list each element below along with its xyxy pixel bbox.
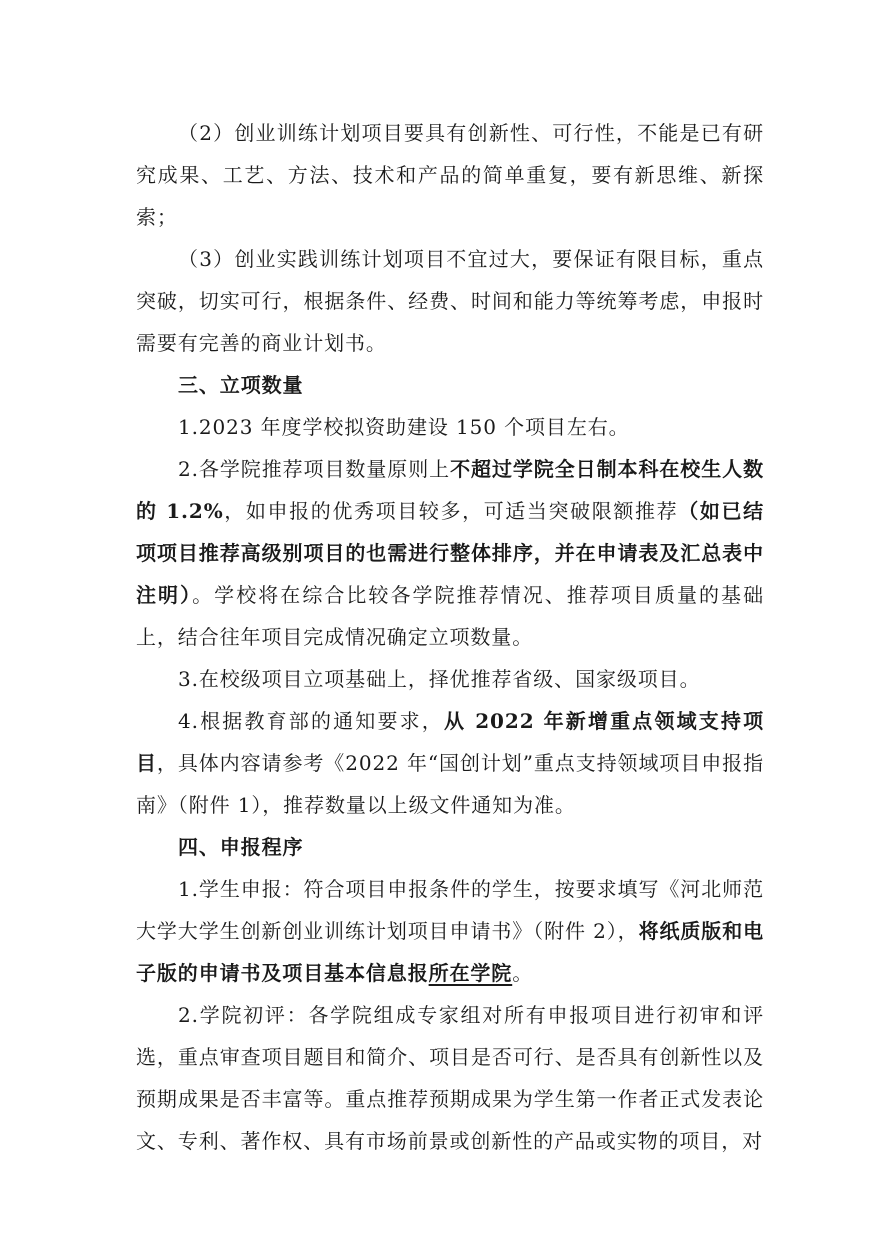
section-heading-project-quantity: 三、立项数量 xyxy=(136,364,764,406)
paragraph-text: 2.各学院推荐项目数量原则上 xyxy=(178,457,450,481)
paragraph-text: 4.根据教育部的通知要求， xyxy=(178,709,444,733)
paragraph-text: ，具体内容请参考《2022 年“国创计划”重点支持领域项目申报指南》（附件 1）… xyxy=(136,751,764,817)
paragraph-quantity-1: 1.2023 年度学校拟资助建设 150 个项目左右。 xyxy=(136,406,764,448)
paragraph-text: 。 xyxy=(512,961,533,985)
paragraph-text: 1.2023 年度学校拟资助建设 150 个项目左右。 xyxy=(178,415,630,439)
paragraph-quantity-2: 2.各学院推荐项目数量原则上不超过学院全日制本科在校生人数的 1.2%，如申报的… xyxy=(136,448,764,658)
paragraph-text: ，如申报的优秀项目较多，可适当突破限额推荐 xyxy=(224,499,679,523)
paragraph-text: （3）创业实践训练计划项目不宜过大，要保证有限目标，重点突破，切实可行，根据条件… xyxy=(136,247,764,355)
document-page: （2）创业训练计划项目要具有创新性、可行性，不能是已有研究成果、工艺、方法、技术… xyxy=(136,112,764,1162)
paragraph-text: 3.在校级项目立项基础上，择优推荐省级、国家级项目。 xyxy=(178,667,700,691)
paragraph-quantity-4: 4.根据教育部的通知要求，从 2022 年新增重点领域支持项目，具体内容请参考《… xyxy=(136,700,764,826)
paragraph-text: 。学校将在综合比较各学院推荐情况、推荐项目质量的基础上，结合往年项目完成情况确定… xyxy=(136,583,764,649)
paragraph-innovation-requirement: （2）创业训练计划项目要具有创新性、可行性，不能是已有研究成果、工艺、方法、技术… xyxy=(136,112,764,238)
underlined-emphasis-text: 所在学院 xyxy=(429,961,513,985)
paragraph-text: （2）创业训练计划项目要具有创新性、可行性，不能是已有研究成果、工艺、方法、技术… xyxy=(136,121,764,229)
paragraph-quantity-3: 3.在校级项目立项基础上，择优推荐省级、国家级项目。 xyxy=(136,658,764,700)
section-heading-application-procedure: 四、申报程序 xyxy=(136,826,764,868)
paragraph-procedure-1: 1.学生申报：符合项目申报条件的学生，按要求填写《河北师范大学大学生创新创业训练… xyxy=(136,868,764,994)
paragraph-procedure-2: 2.学院初评：各学院组成专家组对所有申报项目进行初审和评选，重点审查项目题目和简… xyxy=(136,994,764,1162)
paragraph-text: 2.学院初评：各学院组成专家组对所有申报项目进行初审和评选，重点审查项目题目和简… xyxy=(136,1003,764,1153)
paragraph-practice-scope: （3）创业实践训练计划项目不宜过大，要保证有限目标，重点突破，切实可行，根据条件… xyxy=(136,238,764,364)
